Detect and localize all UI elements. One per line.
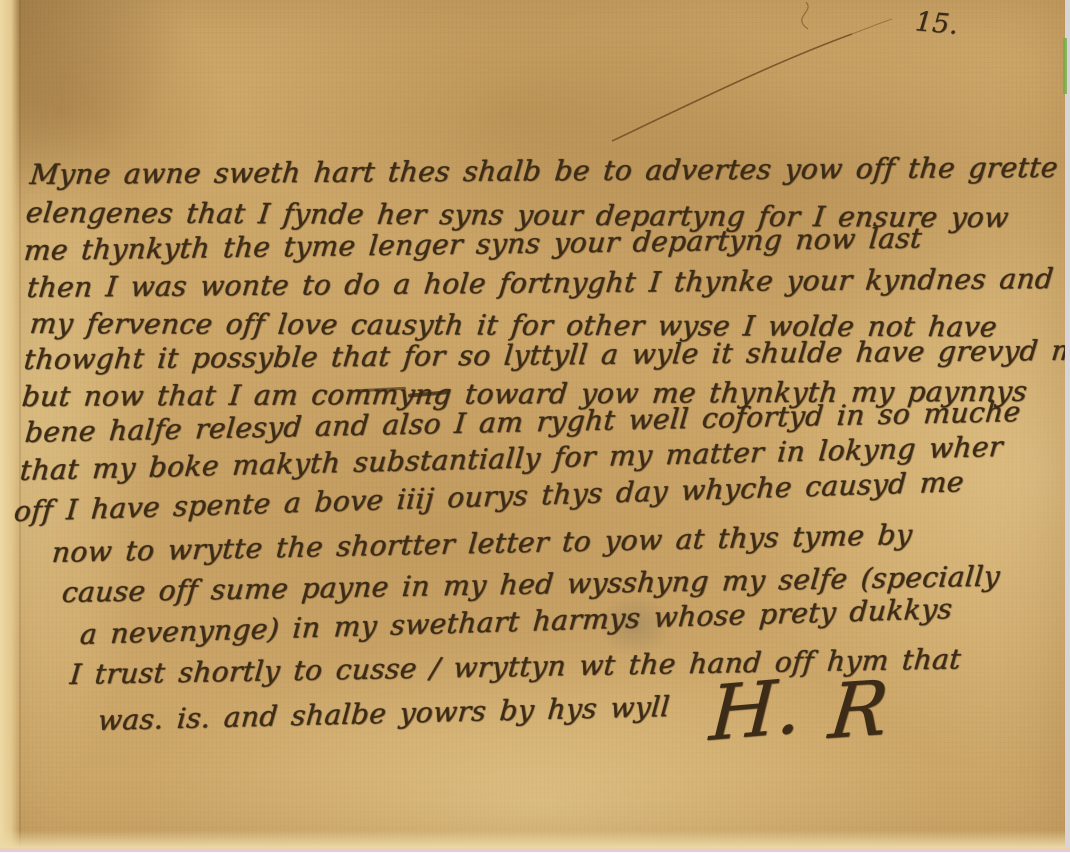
letter-line-1: Myne awne sweth hart thes shalb be to ad… <box>28 151 1059 192</box>
parchment-left-edge <box>0 0 20 853</box>
letter-line-15: was. is. and shalbe yowrs by hys wyll <box>97 690 672 738</box>
parchment-edge-seam <box>19 0 21 853</box>
letter-line-4: then I was wonte to do a hole fortnyght … <box>25 262 1055 305</box>
letter-line-11: now to wrytte the shortter letter to yow… <box>51 518 914 570</box>
scan-edge-bottom <box>0 848 1070 853</box>
scan-artifact-green <box>1063 38 1067 94</box>
scan-edge-right <box>1065 0 1070 853</box>
page-number: 15. <box>914 6 959 41</box>
monogram-initial-h: H. <box>708 668 803 752</box>
monogram-initial-r: R <box>825 670 891 750</box>
parchment-bottom-edge <box>0 830 1070 848</box>
manuscript-scan: 15. Myne awne sweth hart thes shalb be t… <box>0 0 1070 853</box>
hr-monogram: H. R <box>710 672 887 748</box>
